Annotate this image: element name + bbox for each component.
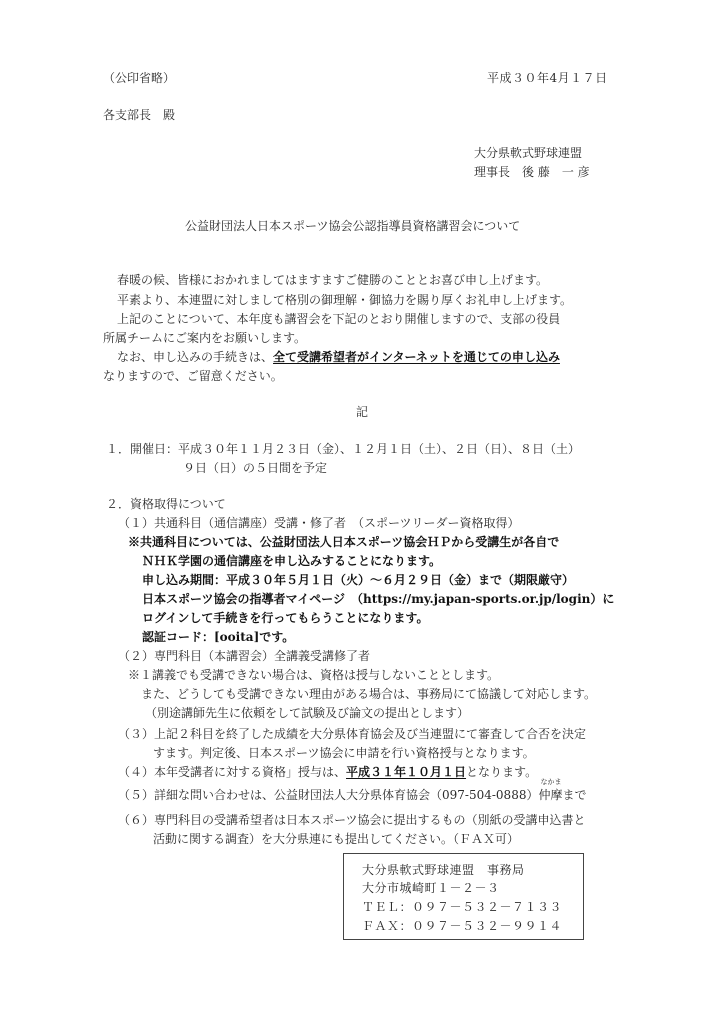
- contact-tel: ＴＥＬ：０９７－５３２－７１３３: [362, 899, 562, 915]
- paragraph-3-line-1: 上記のことについて、本年度も講習会を下記のとおり開催しますので、支部の役員: [117, 311, 560, 327]
- sender-organization: 大分県軟式野球連盟: [474, 145, 582, 161]
- item-4-line: （４）本年受講者に対する資格」授与は、平成３１年１０月１日となります。: [118, 764, 537, 780]
- application-period: 申し込み期間：平成３０年５月１日（火）～６月２９日（金）まで（期限厳守）: [142, 572, 574, 588]
- item-1-note-line-1: ※共通科目については、公益財団法人日本スポーツ協会ＨＰから受講生が各自で: [128, 534, 559, 550]
- paragraph-3-line-2: 所属チームにご案内をお願いします。: [103, 330, 306, 346]
- paragraph-4-line-2: なりますので、ご留意ください。: [103, 368, 283, 384]
- item-5-line: （５）詳細な問い合わせは、公益財団法人大分県体育協会（097-504-0888）…: [118, 787, 587, 803]
- sender-name: 理事長 後 藤 一 彦: [474, 164, 590, 180]
- item-2-note-1: ※１講義でも受講できない場合は、資格は授与しないこととします。: [128, 667, 499, 683]
- contact-organization: 大分県軟式野球連盟 事務局: [362, 862, 525, 878]
- section-1-dates-line-1: １．開催日：平成３０年１１月２３日（金）、１２月１日（土）、２日（日）、８日（土…: [106, 441, 580, 457]
- section-1-dates-line-2: ９日（日）の５日間を予定: [183, 460, 327, 476]
- addressee: 各支部長 殿: [103, 107, 175, 123]
- online-application-emphasis: 全て受講希望者がインターネットを通じての申し込み: [273, 350, 560, 364]
- item-2-note-2: また、どうしても受講できない理由がある場合は、事務局にて協議して対応します。: [141, 686, 596, 702]
- item-6-line-1: （６）専門科目の受講希望者は日本スポーツ協会に提出するもの（別紙の受講申込書と: [118, 812, 586, 828]
- paragraph-4-prefix: なお、申し込みの手続きは、: [117, 350, 273, 364]
- contact-person-name: なかま仲摩: [538, 787, 562, 803]
- item-2-label: （２）専門科目（本講習会）全講義受講修了者: [118, 648, 370, 664]
- document-date: 平成３０年4月１７日: [487, 70, 608, 86]
- item-4-prefix: （４）本年受講者に対する資格」授与は、: [118, 765, 346, 779]
- contact-info-box: 大分県軟式野球連盟 事務局 大分市城崎町１－２－３ ＴＥＬ：０９７－５３２－７１…: [343, 853, 584, 940]
- ki-heading: 記: [356, 404, 368, 420]
- qualification-grant-date: 平成３１年１０月１日: [346, 765, 466, 779]
- item-5-prefix: （５）詳細な問い合わせは、公益財団法人大分県体育協会（097-504-0888）: [118, 788, 538, 802]
- greeting-paragraph-2: 平素より、本連盟に対しまして格別の御理解・御協力を賜り厚くお礼申し上げます。: [117, 292, 572, 308]
- contact-address: 大分市城崎町１－２－３: [362, 880, 500, 896]
- item-1-label: （１）共通科目（通信講座）受講・修了者 （スポーツリーダー資格取得）: [118, 515, 520, 531]
- login-instruction: ログインして手続きを行ってもらうことになります。: [142, 610, 428, 626]
- item-5-suffix: まで: [562, 788, 586, 802]
- item-1-note-line-2: ＮＨＫ学園の通信講座を申し込みすることになります。: [142, 553, 441, 569]
- seal-omitted-note: （公印省略）: [103, 70, 175, 86]
- section-2-heading: ２．資格取得について: [106, 496, 226, 512]
- item-6-line-2: 活動に関する調査）を大分県連にも提出してください。（ＦＡＸ可）: [153, 831, 519, 847]
- auth-code: 認証コード：[ooita]です。: [142, 629, 294, 645]
- item-3-line-2: すます。判定後、日本スポーツ協会に申請を行い資格授与となります。: [153, 745, 535, 761]
- item-2-note-3: （別途講師先生に依頼をして試験及び論文の提出とします）: [145, 705, 469, 721]
- document-title: 公益財団法人日本スポーツ協会公認指導員資格講習会について: [185, 218, 520, 234]
- mypage-instruction: 日本スポーツ協会の指導者マイページ （https://my.japan-spor…: [142, 591, 614, 607]
- item-3-line-1: （３）上記２科目を終了した成績を大分県体育協会及び当連盟にて審査して合否を決定: [118, 726, 586, 742]
- greeting-paragraph-1: 春暖の候、皆様におかれましてはますますご健勝のこととお喜び申し上げます。: [117, 272, 548, 288]
- paragraph-4-line-1: なお、申し込みの手続きは、全て受講希望者がインターネットを通じての申し込み: [117, 349, 560, 365]
- item-4-suffix: となります。: [466, 765, 537, 779]
- contact-fax: ＦＡＸ：０９７－５３２－９９１４: [362, 918, 562, 934]
- contact-person-ruby: なかま: [540, 778, 561, 786]
